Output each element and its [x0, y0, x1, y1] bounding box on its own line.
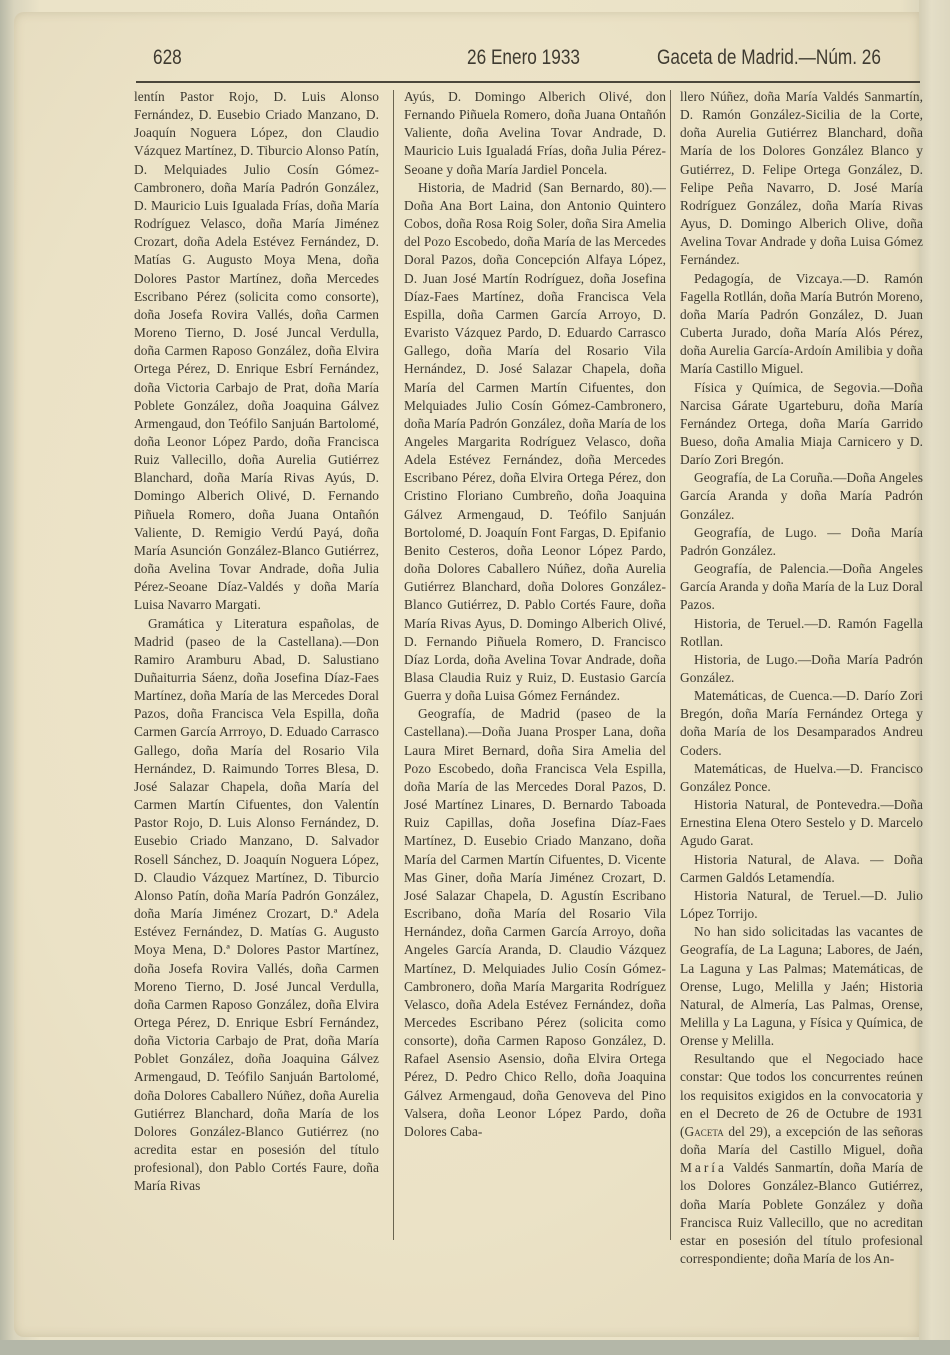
gaceta-reference: Gaceta — [685, 1124, 724, 1139]
column-divider — [393, 90, 394, 1240]
resultando-paragraph: Resultando que el Negociado hace constar… — [680, 1050, 923, 1268]
paragraph: Física y Química, de Segovia.—Doña Narci… — [680, 379, 923, 470]
paragraph: Historia Natural, de Pontevedra.—Doña Er… — [680, 796, 923, 850]
paragraph: Historia, de Madrid (San Bernardo, 80).—… — [404, 179, 666, 706]
paragraph: Historia Natural, de Teruel.—D. Julio Ló… — [680, 887, 923, 923]
publication-title: Gaceta de Madrid.—Núm. 26 — [657, 46, 881, 70]
paragraph: Gramática y Literatura españolas, de Mad… — [134, 615, 379, 1196]
paragraph: Matemáticas, de Huelva.—D. Francisco Gon… — [680, 760, 923, 796]
issue-date: 26 Enero 1933 — [467, 46, 580, 70]
scan-bottom-edge — [0, 1340, 950, 1355]
paragraph: Historia, de Lugo.—Doña María Padrón Gon… — [680, 651, 923, 687]
paragraph: Ayús, D. Domingo Alberich Olivé, don Fer… — [404, 88, 666, 179]
paragraph: No han sido solicitadas las vacantes de … — [680, 923, 923, 1050]
page-number: 628 — [153, 46, 182, 70]
paragraph-text: Valdés Sanmartín, doña María de los Dolo… — [680, 1160, 923, 1266]
adjacent-page-edge — [919, 0, 950, 1355]
paragraph: llero Núñez, doña María Valdés Sanmartín… — [680, 88, 923, 270]
page-header: 628 26 Enero 1933 Gaceta de Madrid.—Núm.… — [145, 44, 920, 74]
paragraph: Historia Natural, de Alava. — Doña Carme… — [680, 851, 923, 887]
paragraph: Geografía, de Palencia.—Doña Angeles Gar… — [680, 560, 923, 614]
column-1: lentín Pastor Rojo, D. Luis Alonso Ferná… — [134, 88, 379, 1196]
paragraph: Historia, de Teruel.—D. Ramón Fagella Ro… — [680, 615, 923, 651]
paragraph: Geografía, de Lugo. — Doña María Padrón … — [680, 524, 923, 560]
paragraph: Matemáticas, de Cuenca.—D. Darío Zori Br… — [680, 687, 923, 760]
paragraph: Pedagogía, de Vizcaya.—D. Ramón Fagella … — [680, 270, 923, 379]
column-3: llero Núñez, doña María Valdés Sanmartín… — [680, 88, 923, 1268]
header-rule — [136, 81, 920, 83]
paragraph: Geografía, de Madrid (paseo de la Castel… — [404, 705, 666, 1141]
column-2: Ayús, D. Domingo Alberich Olivé, don Fer… — [404, 88, 666, 1141]
paragraph: lentín Pastor Rojo, D. Luis Alonso Ferná… — [134, 88, 379, 615]
column-divider — [670, 90, 671, 1240]
paragraph: Geografía, de La Coruña.—Doña Angeles Ga… — [680, 469, 923, 523]
spaced-name: María — [680, 1160, 727, 1175]
